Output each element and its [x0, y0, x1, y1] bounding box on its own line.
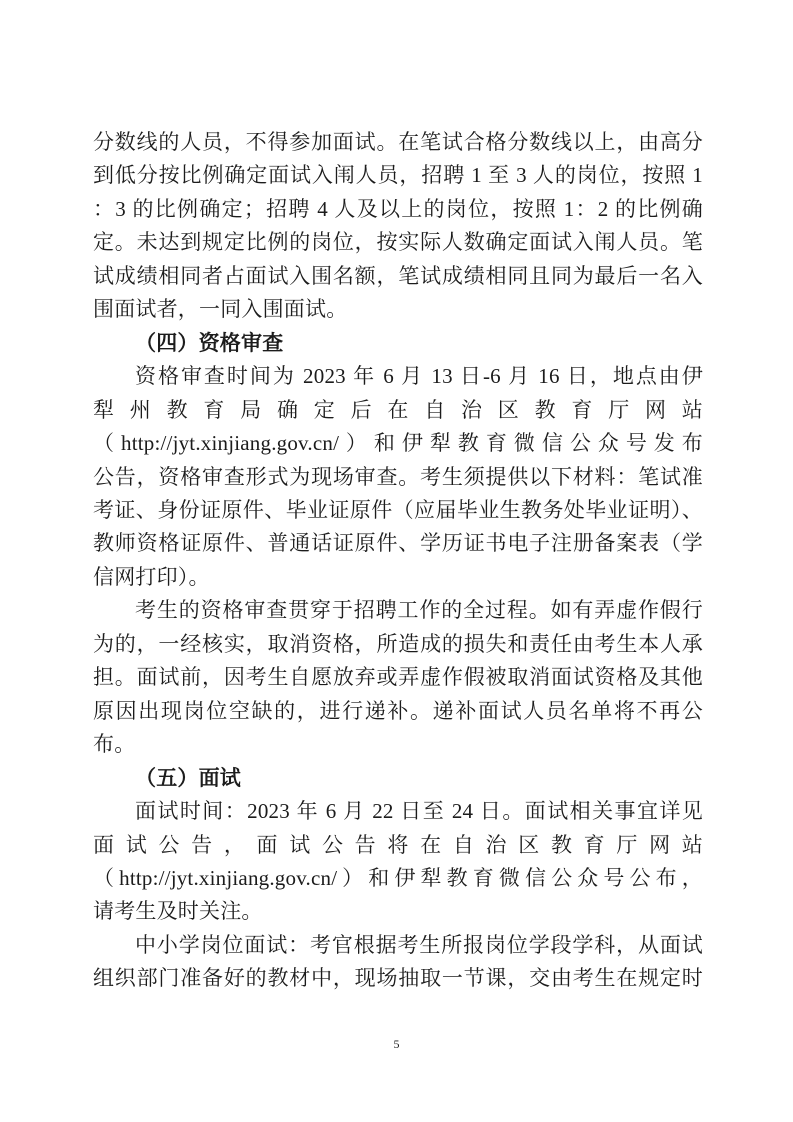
text-line-url: （http://jyt.xinjiang.gov.cn/）和伊犁教育微信公众号发… [93, 427, 703, 460]
text-line: 定。未达到规定比例的岗位，按实际人数确定面试入闱人员。笔 [93, 226, 703, 259]
text-line: 组织部门准备好的教材中，现场抽取一节课，交由考生在规定时 [93, 962, 703, 995]
text-line: 担。面试前，因考生自愿放弃或弄虚作假被取消面试资格及其他 [93, 661, 703, 694]
text-line: 信网打印）。 [93, 561, 703, 594]
text-line: 面试时间：2023 年 6 月 22 日至 24 日。面试相关事宜详见 [93, 795, 703, 828]
text-line: 公告，资格审查形式为现场审查。考生须提供以下材料：笔试准 [93, 461, 703, 494]
document-body: 分数线的人员，不得参加面试。在笔试合格分数线以上，由高分 到低分按比例确定面试入… [93, 126, 703, 996]
text-line: 试成绩相同者占面试入围名额，笔试成绩相同且同为最后一名入 [93, 260, 703, 293]
text-line: 资格审查时间为 2023 年 6 月 13 日-6 月 16 日，地点由伊 [93, 360, 703, 393]
text-line: 围面试者，一同入围面试。 [93, 293, 703, 326]
text-line: 原因出现岗位空缺的，进行递补。递补面试人员名单将不再公布。 [93, 695, 703, 762]
document-page: 分数线的人员，不得参加面试。在笔试合格分数线以上，由高分 到低分按比例确定面试入… [0, 0, 793, 1122]
text-line-url: （http://jyt.xinjiang.gov.cn/）和伊犁教育微信公众号公… [93, 862, 703, 895]
text-line: 犁州教育局确定后在自治区教育厅网站 [93, 394, 703, 427]
text-line: 教师资格证原件、普通话证原件、学历证书电子注册备案表（学 [93, 527, 703, 560]
text-line: 分数线的人员，不得参加面试。在笔试合格分数线以上，由高分 [93, 126, 703, 159]
text-line: ：3 的比例确定；招聘 4 人及以上的岗位，按照 1：2 的比例确 [93, 193, 703, 226]
text-line: 中小学岗位面试：考官根据考生所报岗位学段学科，从面试 [93, 929, 703, 962]
page-number: 5 [0, 1036, 793, 1052]
text-line: 到低分按比例确定面试入闱人员，招聘 1 至 3 人的岗位，按照 1 [93, 159, 703, 192]
text-line: 面试公告，面试公告将在自治区教育厅网站 [93, 829, 703, 862]
text-line: 为的，一经核实，取消资格，所造成的损失和责任由考生本人承 [93, 628, 703, 661]
text-line: 考证、身份证原件、毕业证原件（应届毕业生教务处毕业证明）、 [93, 494, 703, 527]
text-line: 考生的资格审查贯穿于招聘工作的全过程。如有弄虚作假行 [93, 594, 703, 627]
section-heading-interview: （五）面试 [93, 762, 703, 795]
section-heading-qualification-review: （四）资格审查 [93, 327, 703, 360]
text-line: 请考生及时关注。 [93, 895, 703, 928]
